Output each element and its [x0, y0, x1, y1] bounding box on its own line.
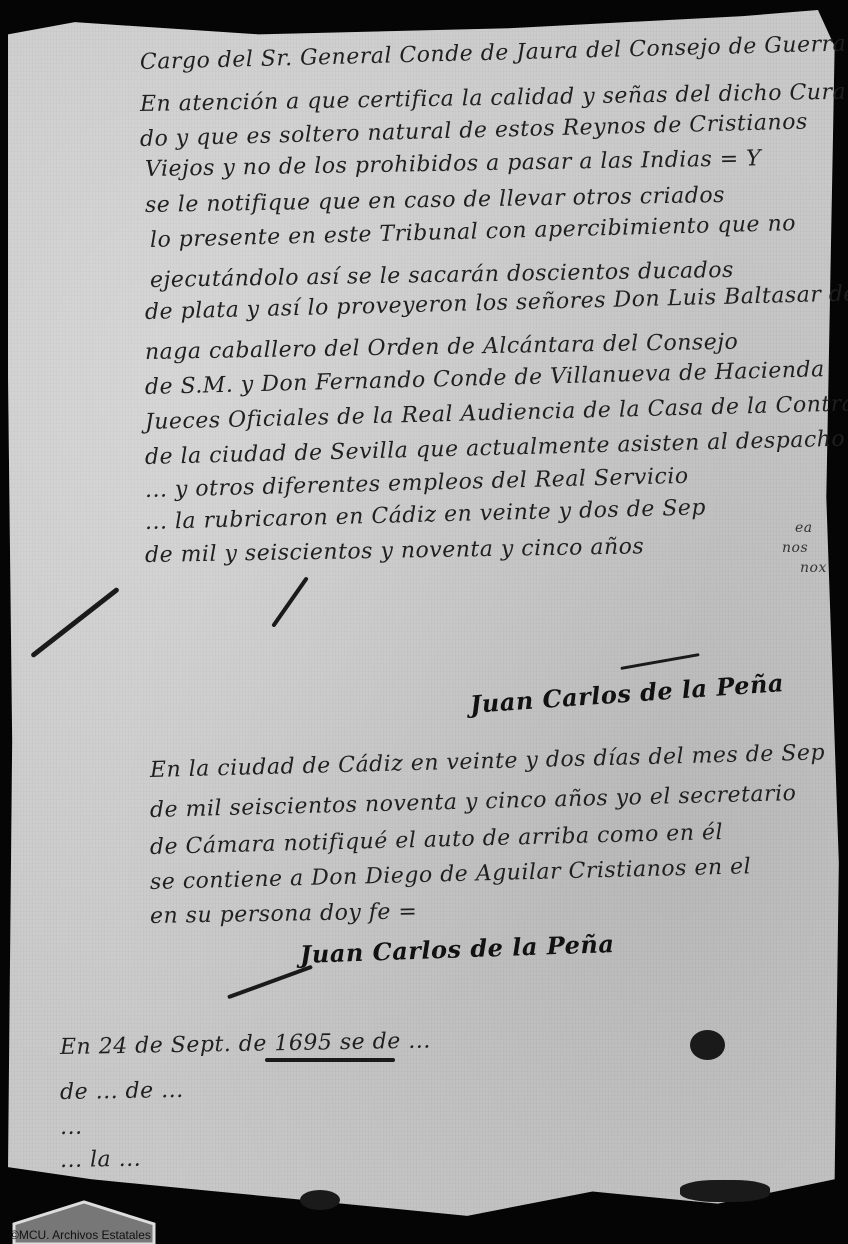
watermark-label: ©MCU. Archivos Estatales	[10, 1228, 151, 1242]
ink-blot	[690, 1030, 725, 1060]
watermark: ©MCU. Archivos Estatales	[0, 1200, 170, 1244]
strike-through	[265, 1058, 395, 1062]
ink-blot	[680, 1180, 770, 1202]
margin-note-line: ea	[795, 520, 813, 536]
text-line: en su persona doy fe =	[150, 899, 418, 929]
text-line: de ... de ...	[60, 1078, 184, 1105]
text-line: ... la ...	[60, 1147, 142, 1173]
text-line: ...	[60, 1115, 83, 1140]
margin-note-line: nox	[800, 560, 827, 576]
ink-blot	[300, 1190, 340, 1210]
margin-note-line: nos	[782, 540, 808, 556]
